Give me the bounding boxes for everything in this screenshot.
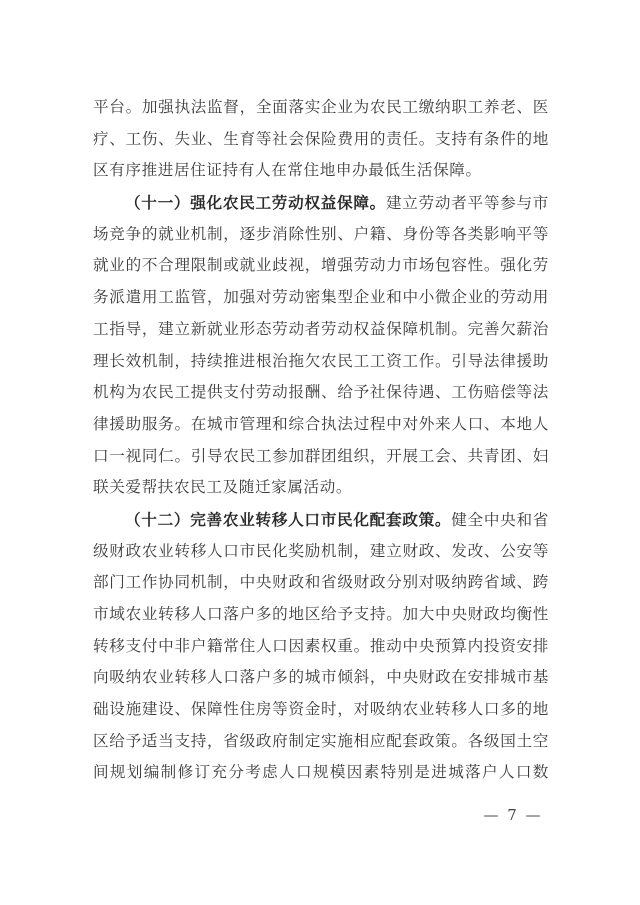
text-line: 区给予适当支持，省级政府制定实施相应配套政策。各级国土空 [93, 726, 549, 758]
document-page: 平台。加强执法监督，全面落实企业为农民工缴纳职工养老、医 疗、工伤、失业、生育等… [0, 0, 640, 905]
text-line: 口一视同仁。引导农民工参加群团组织，开展工会、共青团、妇 [93, 441, 549, 473]
text-line: 疗、工伤、失业、生育等社会保险费用的责任。支持有条件的地 [93, 124, 549, 156]
text-line: 础设施建设、保障性住房等资金时，对吸纳农业转移人口多的地 [93, 694, 549, 726]
page-number: — 7 — [478, 806, 548, 824]
text-line: 工指导，建立新就业形态劳动者劳动权益保障机制。完善欠薪治 [93, 314, 549, 346]
body-text: 平台。加强执法监督，全面落实企业为农民工缴纳职工养老、医 疗、工伤、失业、生育等… [93, 92, 549, 789]
text-line: 向吸纳农业转移人口落户多的城市倾斜，中央财政在安排城市基 [93, 662, 549, 694]
text-line: 机构为农民工提供支付劳动报酬、给予社保待遇、工伤赔偿等法 [93, 377, 549, 409]
section-heading-11: （十一）强化农民工劳动权益保障。 [125, 193, 386, 212]
text-line: 区有序推进居住证持有人在常住地申办最低生活保障。 [93, 155, 549, 187]
text-line: 律援助服务。在城市管理和综合执法过程中对外来人口、本地人 [93, 409, 549, 441]
text-fragment: 健全中央和省 [451, 511, 549, 529]
text-line: 市域农业转移人口落户多的地区给予支持。加大中央财政均衡性 [93, 599, 549, 631]
text-line: 间规划编制修订充分考虑人口规模因素特别是进城落户人口数 [93, 757, 549, 789]
text-line: 理长效机制，持续推进根治拖欠农民工工资工作。引导法律援助 [93, 346, 549, 378]
text-line: 级财政农业转移人口市民化奖励机制，建立财政、发改、公安等 [93, 536, 549, 568]
text-line: 务派遣用工监管，加强对劳动密集型企业和中小微企业的劳动用 [93, 282, 549, 314]
text-line: 场竞争的就业机制，逐步消除性别、户籍、身份等各类影响平等 [93, 219, 549, 251]
text-line: 就业的不合理限制或就业歧视，增强劳动力市场包容性。强化劳 [93, 250, 549, 282]
text-line: 联关爱帮扶农民工及随迁家属活动。 [93, 472, 549, 504]
section-heading-12: （十二）完善农业转移人口市民化配套政策。 [125, 510, 451, 529]
section-12-first-line: （十二）完善农业转移人口市民化配套政策。健全中央和省 [93, 504, 549, 536]
text-fragment: 建立劳动者平等参与市 [386, 194, 549, 212]
text-line: 平台。加强执法监督，全面落实企业为农民工缴纳职工养老、医 [93, 92, 549, 124]
text-line: 部门工作协同机制，中央财政和省级财政分别对吸纳跨省域、跨 [93, 567, 549, 599]
section-11-first-line: （十一）强化农民工劳动权益保障。建立劳动者平等参与市 [93, 187, 549, 219]
text-line: 转移支付中非户籍常住人口因素权重。推动中央预算内投资安排 [93, 631, 549, 663]
